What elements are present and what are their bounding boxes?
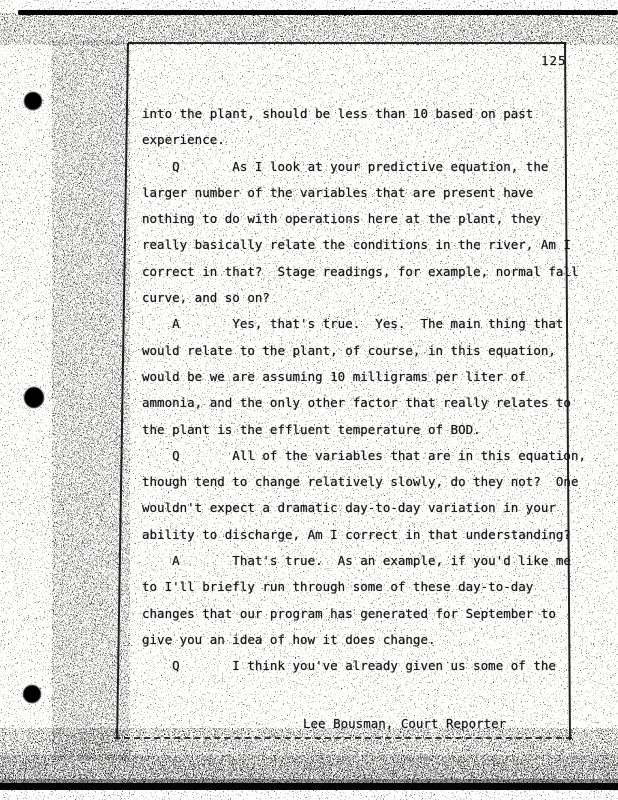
hole-punch-mark bbox=[24, 387, 44, 408]
transcript-line: Q I think you've already given us some o… bbox=[142, 653, 612, 679]
transcript-line: though tend to change relatively slowly,… bbox=[142, 469, 612, 495]
scan-edge-bar-top bbox=[18, 10, 618, 15]
transcript-line: A Yes, that's true. Yes. The main thing … bbox=[142, 311, 612, 337]
page-border-left bbox=[116, 43, 129, 739]
hole-punch-mark bbox=[23, 685, 41, 703]
transcript-line: give you an idea of how it does change. bbox=[142, 627, 612, 653]
transcript-lines: into the plant, should be less than 10 b… bbox=[142, 101, 612, 680]
court-reporter-signature: Lee Bousman, Court Reporter bbox=[303, 716, 506, 731]
hole-punch-mark bbox=[24, 92, 42, 110]
transcript-line: Q As I look at your predictive equation,… bbox=[142, 154, 612, 180]
scan-edge-bar-bottom bbox=[0, 783, 618, 790]
transcript-line: ability to discharge, Am I correct in th… bbox=[142, 522, 612, 548]
transcript-line: ammonia, and the only other factor that … bbox=[142, 390, 612, 416]
transcript-line: A That's true. As an example, if you'd l… bbox=[142, 548, 612, 574]
transcript-line: curve, and so on? bbox=[142, 285, 612, 311]
transcript-line: the plant is the effluent temperature of… bbox=[142, 417, 612, 443]
transcript-line: nothing to do with operations here at th… bbox=[142, 206, 612, 232]
scanned-transcript-page: 125 into the plant, should be less than … bbox=[0, 0, 618, 800]
transcript-line: into the plant, should be less than 10 b… bbox=[142, 101, 612, 127]
transcript-line: wouldn't expect a dramatic day-to-day va… bbox=[142, 495, 612, 521]
transcript-line: larger number of the variables that are … bbox=[142, 180, 612, 206]
transcript-line: experience. bbox=[142, 127, 612, 153]
page-number: 125 bbox=[541, 53, 567, 68]
page-border-top bbox=[128, 42, 566, 44]
transcript-line: correct in that? Stage readings, for exa… bbox=[142, 259, 612, 285]
transcript-line: would relate to the plant, of course, in… bbox=[142, 338, 612, 364]
transcript-line: Q All of the variables that are in this … bbox=[142, 443, 612, 469]
transcript-line: to I'll briefly run through some of thes… bbox=[142, 574, 612, 600]
transcript-line: really basically relate the conditions i… bbox=[142, 232, 612, 258]
transcript-line: changes that our program has generated f… bbox=[142, 601, 612, 627]
transcript-line: would be we are assuming 10 milligrams p… bbox=[142, 364, 612, 390]
page-border-bottom bbox=[114, 737, 572, 739]
